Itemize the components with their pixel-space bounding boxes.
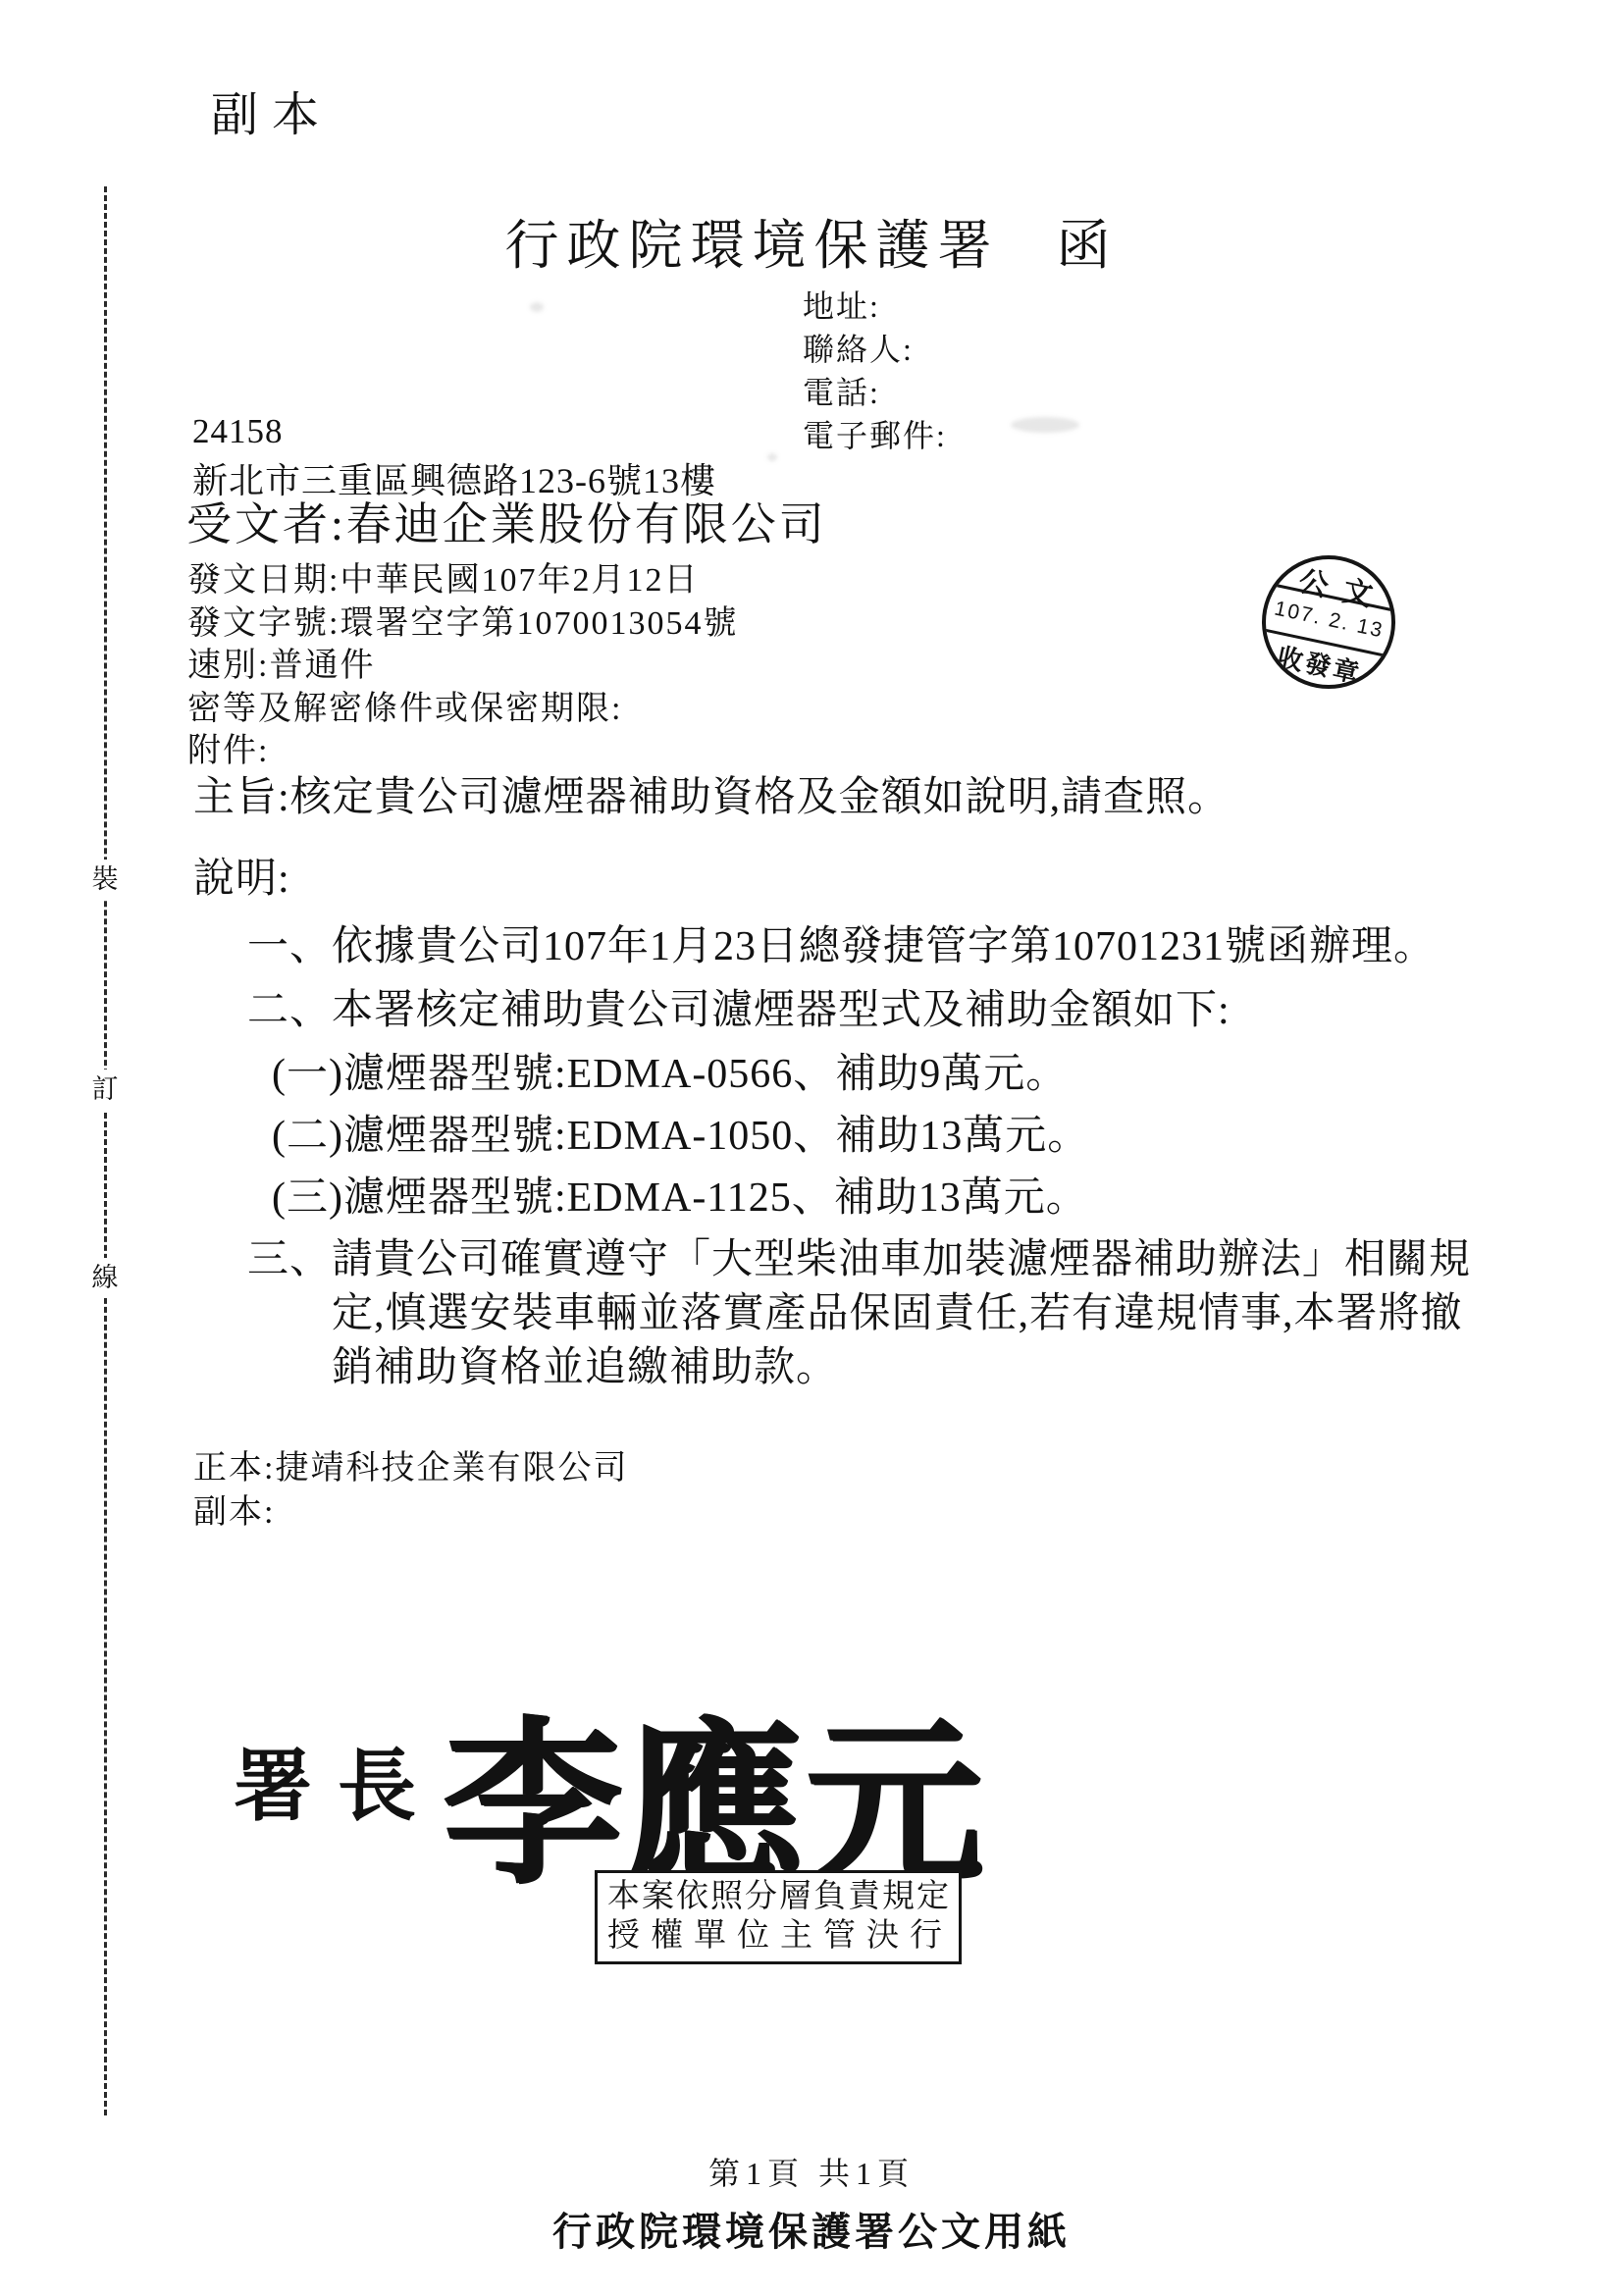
contact-block: 地址: 聯絡人: 電話: 電子郵件: [803, 285, 947, 457]
doc-number: 發文字號:環署空字第1070013054號 [187, 602, 738, 646]
item-text: 濾煙器型號:EDMA-1125、補助13萬元。 [343, 1175, 1088, 1221]
email-label: 電子郵件: [803, 414, 947, 457]
item-text: 濾煙器型號:EDMA-1050、補助13萬元。 [343, 1114, 1089, 1159]
receipt-stamp: 公文 107. 2. 13 收發章 [1262, 555, 1395, 689]
binding-char-ding: 訂 [90, 1070, 120, 1110]
scan-smudge [530, 302, 544, 312]
document-title: 行政院環境保護署函 [0, 202, 1623, 280]
explanation-label: 說明: [193, 853, 1491, 907]
receipt-stamp-content: 公文 107. 2. 13 收發章 [1262, 555, 1395, 689]
phone-label: 電話: [803, 371, 947, 414]
official-paper-name: 行政院環境保護署公文用紙 [0, 2201, 1623, 2257]
item-text: 請貴公司確實遵守「大型柴油車加裝濾煙器補助辦法」相關規定,慎選安裝車輛並落實產品… [332, 1237, 1471, 1390]
item-text: 本署核定補助貴公司濾煙器型式及補助金額如下: [332, 988, 1230, 1033]
doc-type-label: 函 [1057, 216, 1119, 276]
sub-item-2: (二)濾煙器型號:EDMA-1050、補助13萬元。 [272, 1110, 1491, 1164]
delegation-line-1: 本案依照分層負責規定 [607, 1877, 949, 1916]
item-number: (二) [272, 1114, 343, 1159]
stamp-date: 107. 2. 13 [1272, 598, 1386, 644]
delegation-box: 本案依照分層負責規定 授權單位主管決行 [595, 1870, 962, 1964]
sub-item-1: (一)濾煙器型號:EDMA-0566、補助9萬元。 [272, 1048, 1491, 1102]
item-text: 濾煙器型號:EDMA-0566、補助9萬元。 [343, 1052, 1068, 1097]
binding-char-xian: 線 [90, 1258, 120, 1298]
item-number: (三) [272, 1175, 343, 1221]
item-number: 一、 [247, 924, 332, 969]
distribution-block: 正本:捷靖科技企業有限公司 副本: [193, 1446, 628, 1535]
delegation-line-2: 授權單位主管決行 [607, 1916, 949, 1956]
item-number: (一) [272, 1052, 343, 1097]
item-number: 三、 [247, 1237, 332, 1282]
item-text: 依據貴公司107年1月23日總發捷管字第10701231號函辦理。 [332, 924, 1436, 969]
scan-smudge [1011, 417, 1079, 433]
list-item-1: 一、依據貴公司107年1月23日總發捷管字第10701231號函辦理。 [247, 920, 1491, 974]
list-item-2: 二、本署核定補助貴公司濾煙器型式及補助金額如下: [247, 984, 1491, 1038]
contact-person-label: 聯絡人: [803, 328, 947, 371]
subject-line: 主旨:核定貴公司濾煙器補助資格及金額如說明,請查照。 [193, 771, 1491, 825]
attachment: 附件: [187, 730, 738, 773]
item-number: 二、 [247, 988, 332, 1033]
sub-item-3: (三)濾煙器型號:EDMA-1125、補助13萬元。 [272, 1172, 1491, 1226]
original-copy-line: 正本:捷靖科技企業有限公司 [193, 1446, 628, 1490]
security-class: 密等及解密條件或保密期限: [187, 688, 738, 731]
page-number: 第1頁 共1頁 [0, 2149, 1623, 2194]
letter-body: 主旨:核定貴公司濾煙器補助資格及金額如說明,請查照。 說明: 一、依據貴公司10… [193, 771, 1491, 1405]
document-page: 副本 行政院環境保護署函 地址: 聯絡人: 電話: 電子郵件: 24158 新北… [0, 0, 1623, 2296]
signer-title: 署長 [234, 1723, 442, 1836]
meta-block: 發文日期:中華民國107年2月12日 發文字號:環署空字第1070013054號… [187, 559, 738, 773]
list-item-3: 三、請貴公司確實遵守「大型柴油車加裝濾煙器補助辦法」相關規定,慎選安裝車輛並落實… [247, 1233, 1491, 1395]
address-label: 地址: [803, 285, 947, 328]
postal-code: 24158 [192, 412, 716, 451]
agency-name: 行政院環境保護署 [504, 216, 999, 276]
copy-label: 副本 [211, 77, 333, 144]
recipient-line: 受文者:春迪企業股份有限公司 [186, 489, 827, 553]
speed-class: 速別:普通件 [187, 645, 738, 688]
binding-dashed-line [104, 186, 107, 2115]
issue-date: 發文日期:中華民國107年2月12日 [187, 559, 738, 602]
binding-char-zhuang: 裝 [90, 860, 120, 900]
scan-smudge [767, 453, 777, 461]
carbon-copy-line: 副本: [193, 1490, 628, 1535]
